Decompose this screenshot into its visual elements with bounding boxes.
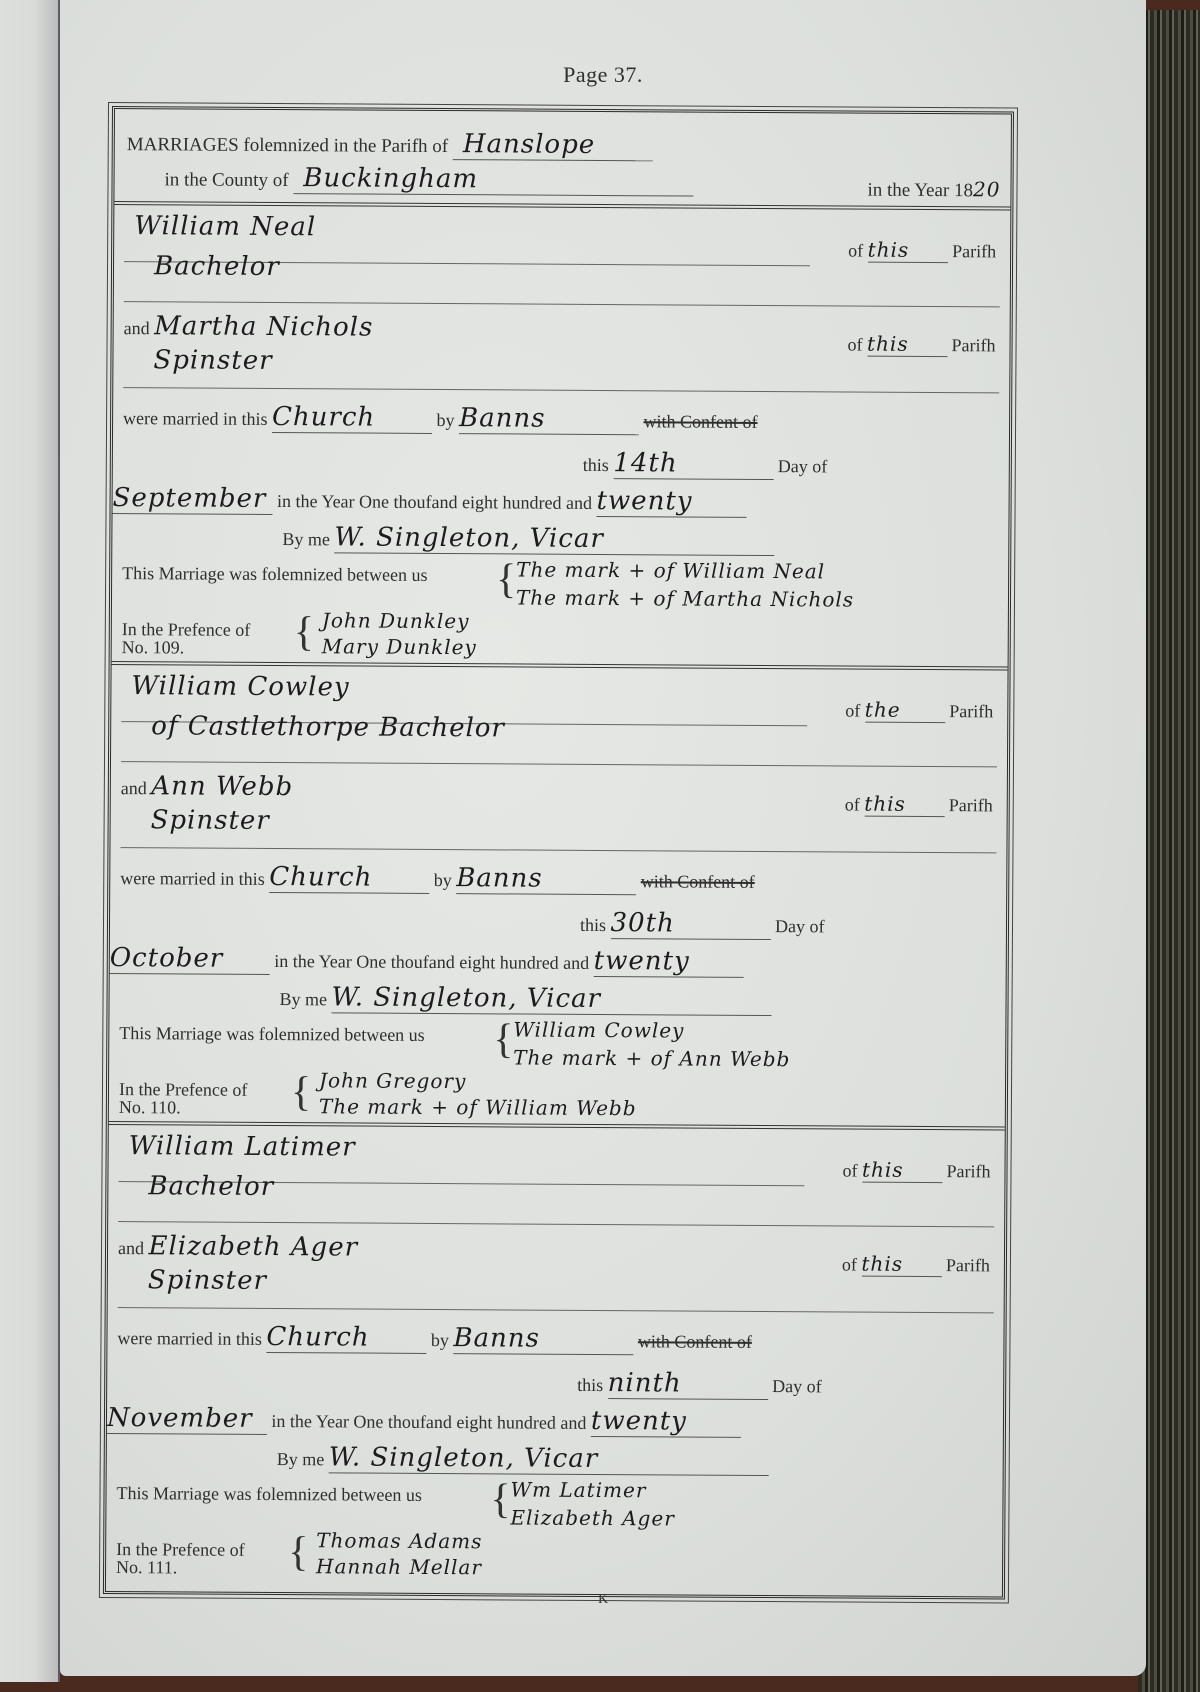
witness-1: John Gregory bbox=[319, 1068, 466, 1093]
parish-label: Parifh bbox=[951, 335, 995, 355]
register-header: MARRIAGES folemnized in the Parifh of Ha… bbox=[114, 109, 1011, 210]
place: Church bbox=[269, 862, 429, 894]
marriages-label: MARRIAGES folemnized in the Parifh of bbox=[127, 134, 448, 157]
and-label: and bbox=[124, 318, 150, 338]
this-label: this bbox=[580, 915, 606, 935]
groom-parish: this bbox=[868, 238, 948, 263]
and-label: and bbox=[121, 778, 147, 798]
brace: { bbox=[496, 559, 516, 599]
signature-1: Wm Latimer bbox=[510, 1477, 646, 1502]
signature-2: Elizabeth Ager bbox=[510, 1505, 675, 1530]
marriage-register-form: MARRIAGES folemnized in the Parifh of Ha… bbox=[103, 106, 1014, 1599]
groom-status: of Castlethorpe Bachelor bbox=[151, 711, 505, 743]
solemnized-label: This Marriage was folemnized between us bbox=[116, 1483, 422, 1505]
and-label: and bbox=[118, 1238, 144, 1258]
groom-name: William Cowley bbox=[131, 671, 349, 702]
bride-parish: this bbox=[867, 332, 947, 357]
page-number: Page 37. bbox=[60, 62, 1146, 88]
groom-status: Bachelor bbox=[148, 1171, 274, 1202]
by-label: by bbox=[436, 410, 454, 430]
year-suffix: 20 bbox=[973, 177, 1001, 201]
groom-parish: this bbox=[862, 1158, 942, 1183]
of-label: of bbox=[845, 794, 860, 814]
day-of-label: Day of bbox=[775, 916, 825, 936]
facing-page-edge bbox=[0, 0, 60, 1682]
day-of-label: Day of bbox=[778, 456, 828, 476]
signature-1: William Cowley bbox=[513, 1017, 684, 1042]
of-label: of bbox=[848, 240, 863, 260]
groom-name: William Latimer bbox=[129, 1131, 356, 1162]
method: Banns bbox=[453, 1323, 633, 1355]
entry-number: No. 109. bbox=[122, 637, 185, 658]
signature-2: The mark + of Ann Webb bbox=[513, 1045, 790, 1071]
married-in-label: were married in this bbox=[120, 868, 265, 889]
parish-label: Parifh bbox=[952, 241, 996, 261]
groom-status: Bachelor bbox=[154, 251, 280, 282]
county-name: Buckingham bbox=[293, 163, 693, 196]
witness-1: Thomas Adams bbox=[316, 1528, 482, 1553]
bride-name: Martha Nichols bbox=[154, 311, 373, 342]
witness-2: The mark + of William Webb bbox=[319, 1094, 637, 1120]
book-page-edges bbox=[1138, 10, 1200, 1692]
officiant: W. Singleton, Vicar bbox=[331, 982, 771, 1016]
bride-status: Spinster bbox=[153, 345, 272, 376]
married-in-label: were married in this bbox=[117, 1328, 262, 1349]
day: ninth bbox=[608, 1368, 768, 1400]
witness-2: Hannah Mellar bbox=[316, 1554, 482, 1579]
county-label: in the County of bbox=[164, 169, 288, 191]
witness-1: John Dunkley bbox=[322, 608, 470, 633]
entry-number: No. 110. bbox=[119, 1097, 181, 1118]
year-words-label: in the Year One thoufand eight hundred a… bbox=[274, 951, 589, 973]
of-label: of bbox=[842, 1254, 857, 1274]
married-in-label: were married in this bbox=[123, 408, 268, 429]
register-page: Page 37. MARRIAGES folemnized in the Par… bbox=[60, 0, 1146, 1676]
marriage-entry: William Neal of this Parifh Bachelor and… bbox=[112, 205, 1011, 670]
bride-status: Spinster bbox=[151, 805, 270, 836]
bride-parish: this bbox=[864, 792, 944, 817]
month: September bbox=[113, 483, 273, 515]
groom-parish: the bbox=[865, 698, 945, 723]
year-label: in the Year 18 bbox=[867, 180, 973, 202]
place: Church bbox=[272, 402, 432, 434]
brace: { bbox=[493, 1019, 513, 1059]
bride-parish: this bbox=[861, 1252, 941, 1277]
officiant: W. Singleton, Vicar bbox=[334, 522, 774, 556]
marriage-entry: William Latimer of this Parifh Bachelor … bbox=[106, 1125, 1005, 1586]
this-label: this bbox=[583, 455, 609, 475]
brace: { bbox=[288, 1532, 308, 1572]
year-words-label: in the Year One thoufand eight hundred a… bbox=[271, 1411, 586, 1433]
signature-2: The mark + of Martha Nichols bbox=[516, 585, 854, 611]
parish-name: Hanslope bbox=[453, 129, 653, 161]
brace: { bbox=[294, 612, 314, 652]
day-of-label: Day of bbox=[772, 1376, 822, 1396]
year-words: twenty bbox=[594, 946, 744, 978]
this-label: this bbox=[577, 1375, 603, 1395]
year-words: twenty bbox=[596, 486, 746, 518]
method: Banns bbox=[459, 403, 639, 435]
brace: { bbox=[291, 1072, 311, 1112]
year-words: twenty bbox=[591, 1406, 741, 1438]
bride-name: Elizabeth Ager bbox=[148, 1231, 358, 1262]
by-me-label: By me bbox=[277, 1449, 325, 1469]
parish-label: Parifh bbox=[949, 701, 993, 721]
by-me-label: By me bbox=[282, 529, 330, 549]
officiant: W. Singleton, Vicar bbox=[329, 1442, 769, 1476]
day: 30th bbox=[610, 908, 770, 940]
year-words-label: in the Year One thoufand eight hundred a… bbox=[277, 491, 592, 513]
consent-label: with Confent of bbox=[638, 1331, 752, 1352]
consent-label: with Confent of bbox=[641, 871, 755, 892]
bride-name: Ann Webb bbox=[151, 771, 293, 802]
consent-label: with Confent of bbox=[643, 411, 757, 432]
groom-name: William Neal bbox=[134, 211, 316, 242]
month: October bbox=[110, 943, 270, 975]
bride-status: Spinster bbox=[148, 1265, 267, 1296]
solemnized-label: This Marriage was folemnized between us bbox=[122, 563, 428, 585]
by-label: by bbox=[434, 870, 452, 890]
of-label: of bbox=[845, 700, 860, 720]
place: Church bbox=[266, 1322, 426, 1354]
method: Banns bbox=[456, 863, 636, 895]
day: 14th bbox=[613, 448, 773, 480]
brace: { bbox=[490, 1479, 510, 1519]
signature-1: The mark + of William Neal bbox=[516, 557, 825, 583]
witness-2: Mary Dunkley bbox=[322, 634, 477, 659]
entry-number: No. 111. bbox=[116, 1557, 177, 1578]
parish-label: Parifh bbox=[949, 795, 993, 815]
of-label: of bbox=[847, 334, 862, 354]
printer-signature-mark: K bbox=[60, 1592, 1146, 1608]
by-label: by bbox=[431, 1330, 449, 1350]
parish-label: Parifh bbox=[946, 1255, 990, 1275]
by-me-label: By me bbox=[279, 989, 327, 1009]
marriage-entry: William Cowley of the Parifh of Castleth… bbox=[109, 665, 1008, 1130]
of-label: of bbox=[842, 1160, 857, 1180]
solemnized-label: This Marriage was folemnized between us bbox=[119, 1023, 425, 1045]
month: November bbox=[107, 1403, 267, 1435]
parish-label: Parifh bbox=[946, 1161, 990, 1181]
